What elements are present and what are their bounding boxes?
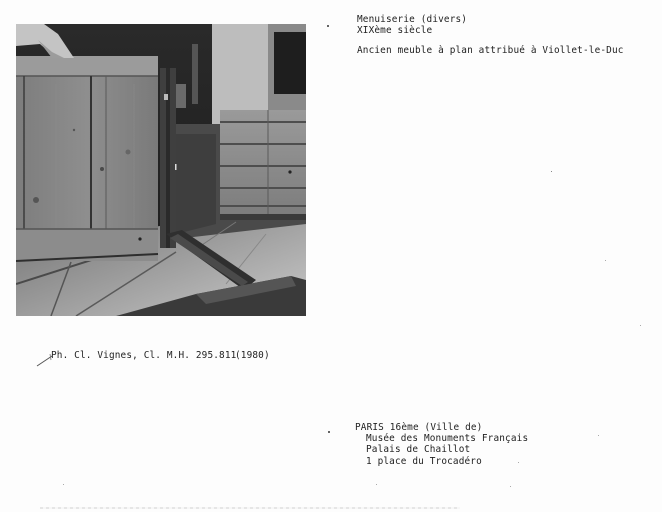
location-address: 1 place du Trocadéro [366, 456, 482, 467]
scan-speck [598, 435, 599, 436]
scan-edge [40, 507, 460, 509]
location-institution: Musée des Monuments Français [366, 433, 528, 444]
bullet-marker [327, 25, 329, 27]
inventory-card: Menuiserie (divers) XIXème siècle Ancien… [0, 0, 662, 512]
bullet-marker [328, 431, 330, 433]
description-text: Ancien meuble à plan attribué à Viollet-… [357, 45, 624, 56]
period-text: XIXème siècle [357, 25, 432, 36]
category-text: Menuiserie (divers) [357, 14, 467, 25]
scan-speck [518, 462, 519, 463]
photo-year-text: (1980) [235, 350, 270, 361]
photo-credit-text: Ph. Cl. Vignes, Cl. M.H. 295.811 [51, 350, 236, 361]
photo-image [16, 24, 306, 316]
scan-speck [376, 484, 377, 485]
location-building: Palais de Chaillot [366, 444, 470, 455]
photograph [16, 24, 306, 316]
location-city: PARIS 16ème (Ville de) [355, 422, 482, 433]
scan-speck [605, 260, 606, 261]
scan-speck [640, 325, 641, 326]
scan-speck [510, 486, 511, 487]
scan-speck [551, 171, 552, 172]
scan-speck [63, 484, 64, 485]
